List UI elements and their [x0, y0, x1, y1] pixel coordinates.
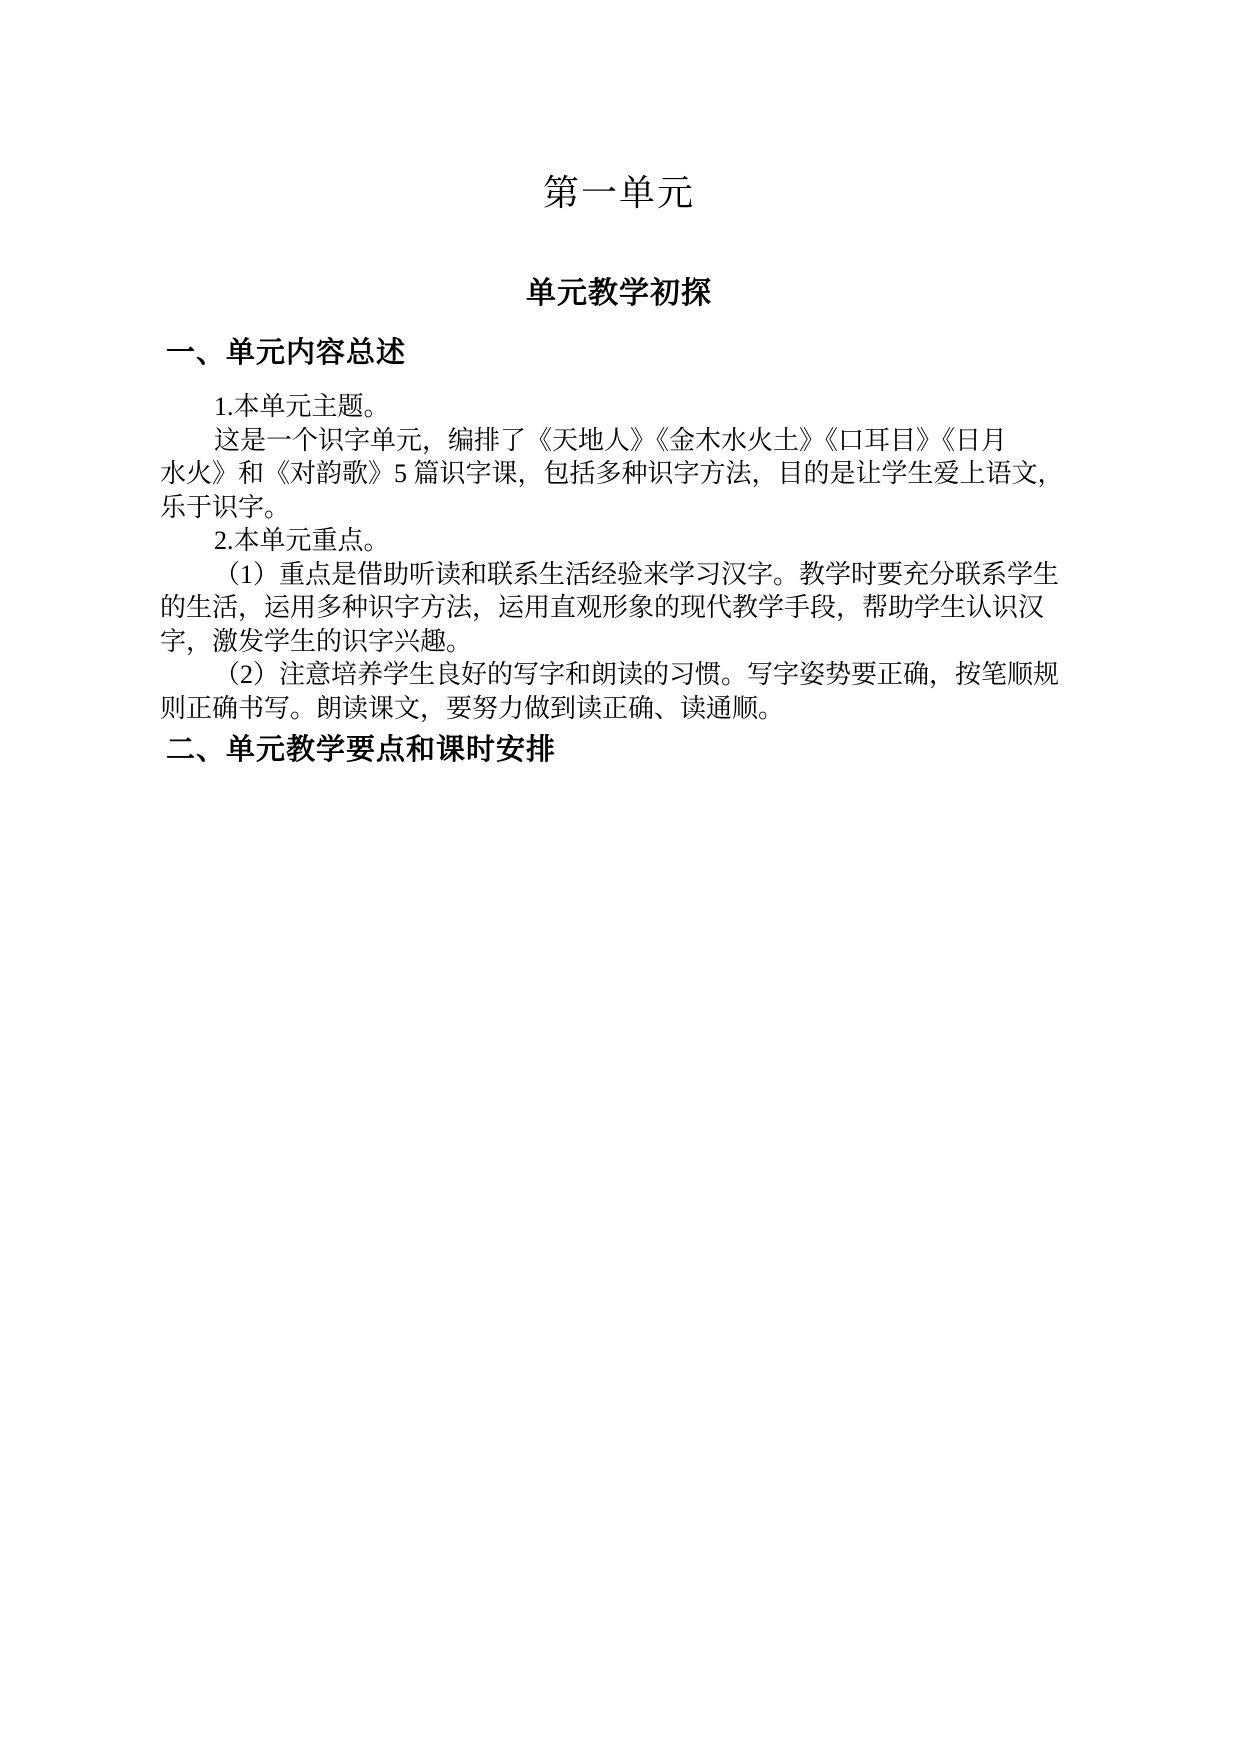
paragraph: 2.本单元重点。	[160, 524, 1078, 558]
text-line: 2.本单元重点。	[160, 524, 1078, 558]
text-line: 乐于识字。	[160, 491, 1078, 525]
section-paragraphs: 1.本单元主题。这是一个识字单元，编排了《天地人》《金木水火土》《口耳目》《日月…	[160, 390, 1078, 725]
text-line: 水火》和《对韵歌》5 篇识字课，包括多种识字方法，目的是让学生爱上语文，	[160, 457, 1078, 491]
paragraph: 这是一个识字单元，编排了《天地人》《金木水火土》《口耳目》《日月水火》和《对韵歌…	[160, 424, 1078, 525]
page-content: 第一单元 单元教学初探 一、单元内容总述1.本单元主题。这是一个识字单元，编排了…	[0, 170, 1240, 771]
section: 二、单元教学要点和课时安排	[160, 729, 1078, 771]
text-line: （2）注意培养学生良好的写字和朗读的习惯。写字姿势要正确，按笔顺规	[160, 658, 1078, 692]
text-line: （1）重点是借助听读和联系生活经验来学习汉字。教学时要充分联系学生	[160, 558, 1078, 592]
section: 一、单元内容总述1.本单元主题。这是一个识字单元，编排了《天地人》《金木水火土》…	[160, 332, 1078, 725]
document-body: 一、单元内容总述1.本单元主题。这是一个识字单元，编排了《天地人》《金木水火土》…	[160, 332, 1078, 771]
text-line: 则正确书写。朗读课文，要努力做到读正确、读通顺。	[160, 692, 1078, 726]
section-heading: 一、单元内容总述	[166, 332, 1078, 374]
document-page: 第一单元 单元教学初探 一、单元内容总述1.本单元主题。这是一个识字单元，编排了…	[0, 0, 1240, 1754]
paragraph: （2）注意培养学生良好的写字和朗读的习惯。写字姿势要正确，按笔顺规则正确书写。朗…	[160, 658, 1078, 725]
paragraph: （1）重点是借助听读和联系生活经验来学习汉字。教学时要充分联系学生的生活，运用多…	[160, 558, 1078, 659]
document-subtitle: 单元教学初探	[160, 272, 1078, 316]
text-line: 这是一个识字单元，编排了《天地人》《金木水火土》《口耳目》《日月	[160, 424, 1078, 458]
paragraph: 1.本单元主题。	[160, 390, 1078, 424]
section-heading: 二、单元教学要点和课时安排	[166, 729, 1078, 771]
text-line: 1.本单元主题。	[160, 390, 1078, 424]
unit-title: 第一单元	[160, 170, 1078, 216]
text-line: 的生活，运用多种识字方法，运用直观形象的现代教学手段，帮助学生认识汉	[160, 591, 1078, 625]
text-line: 字，激发学生的识字兴趣。	[160, 625, 1078, 659]
